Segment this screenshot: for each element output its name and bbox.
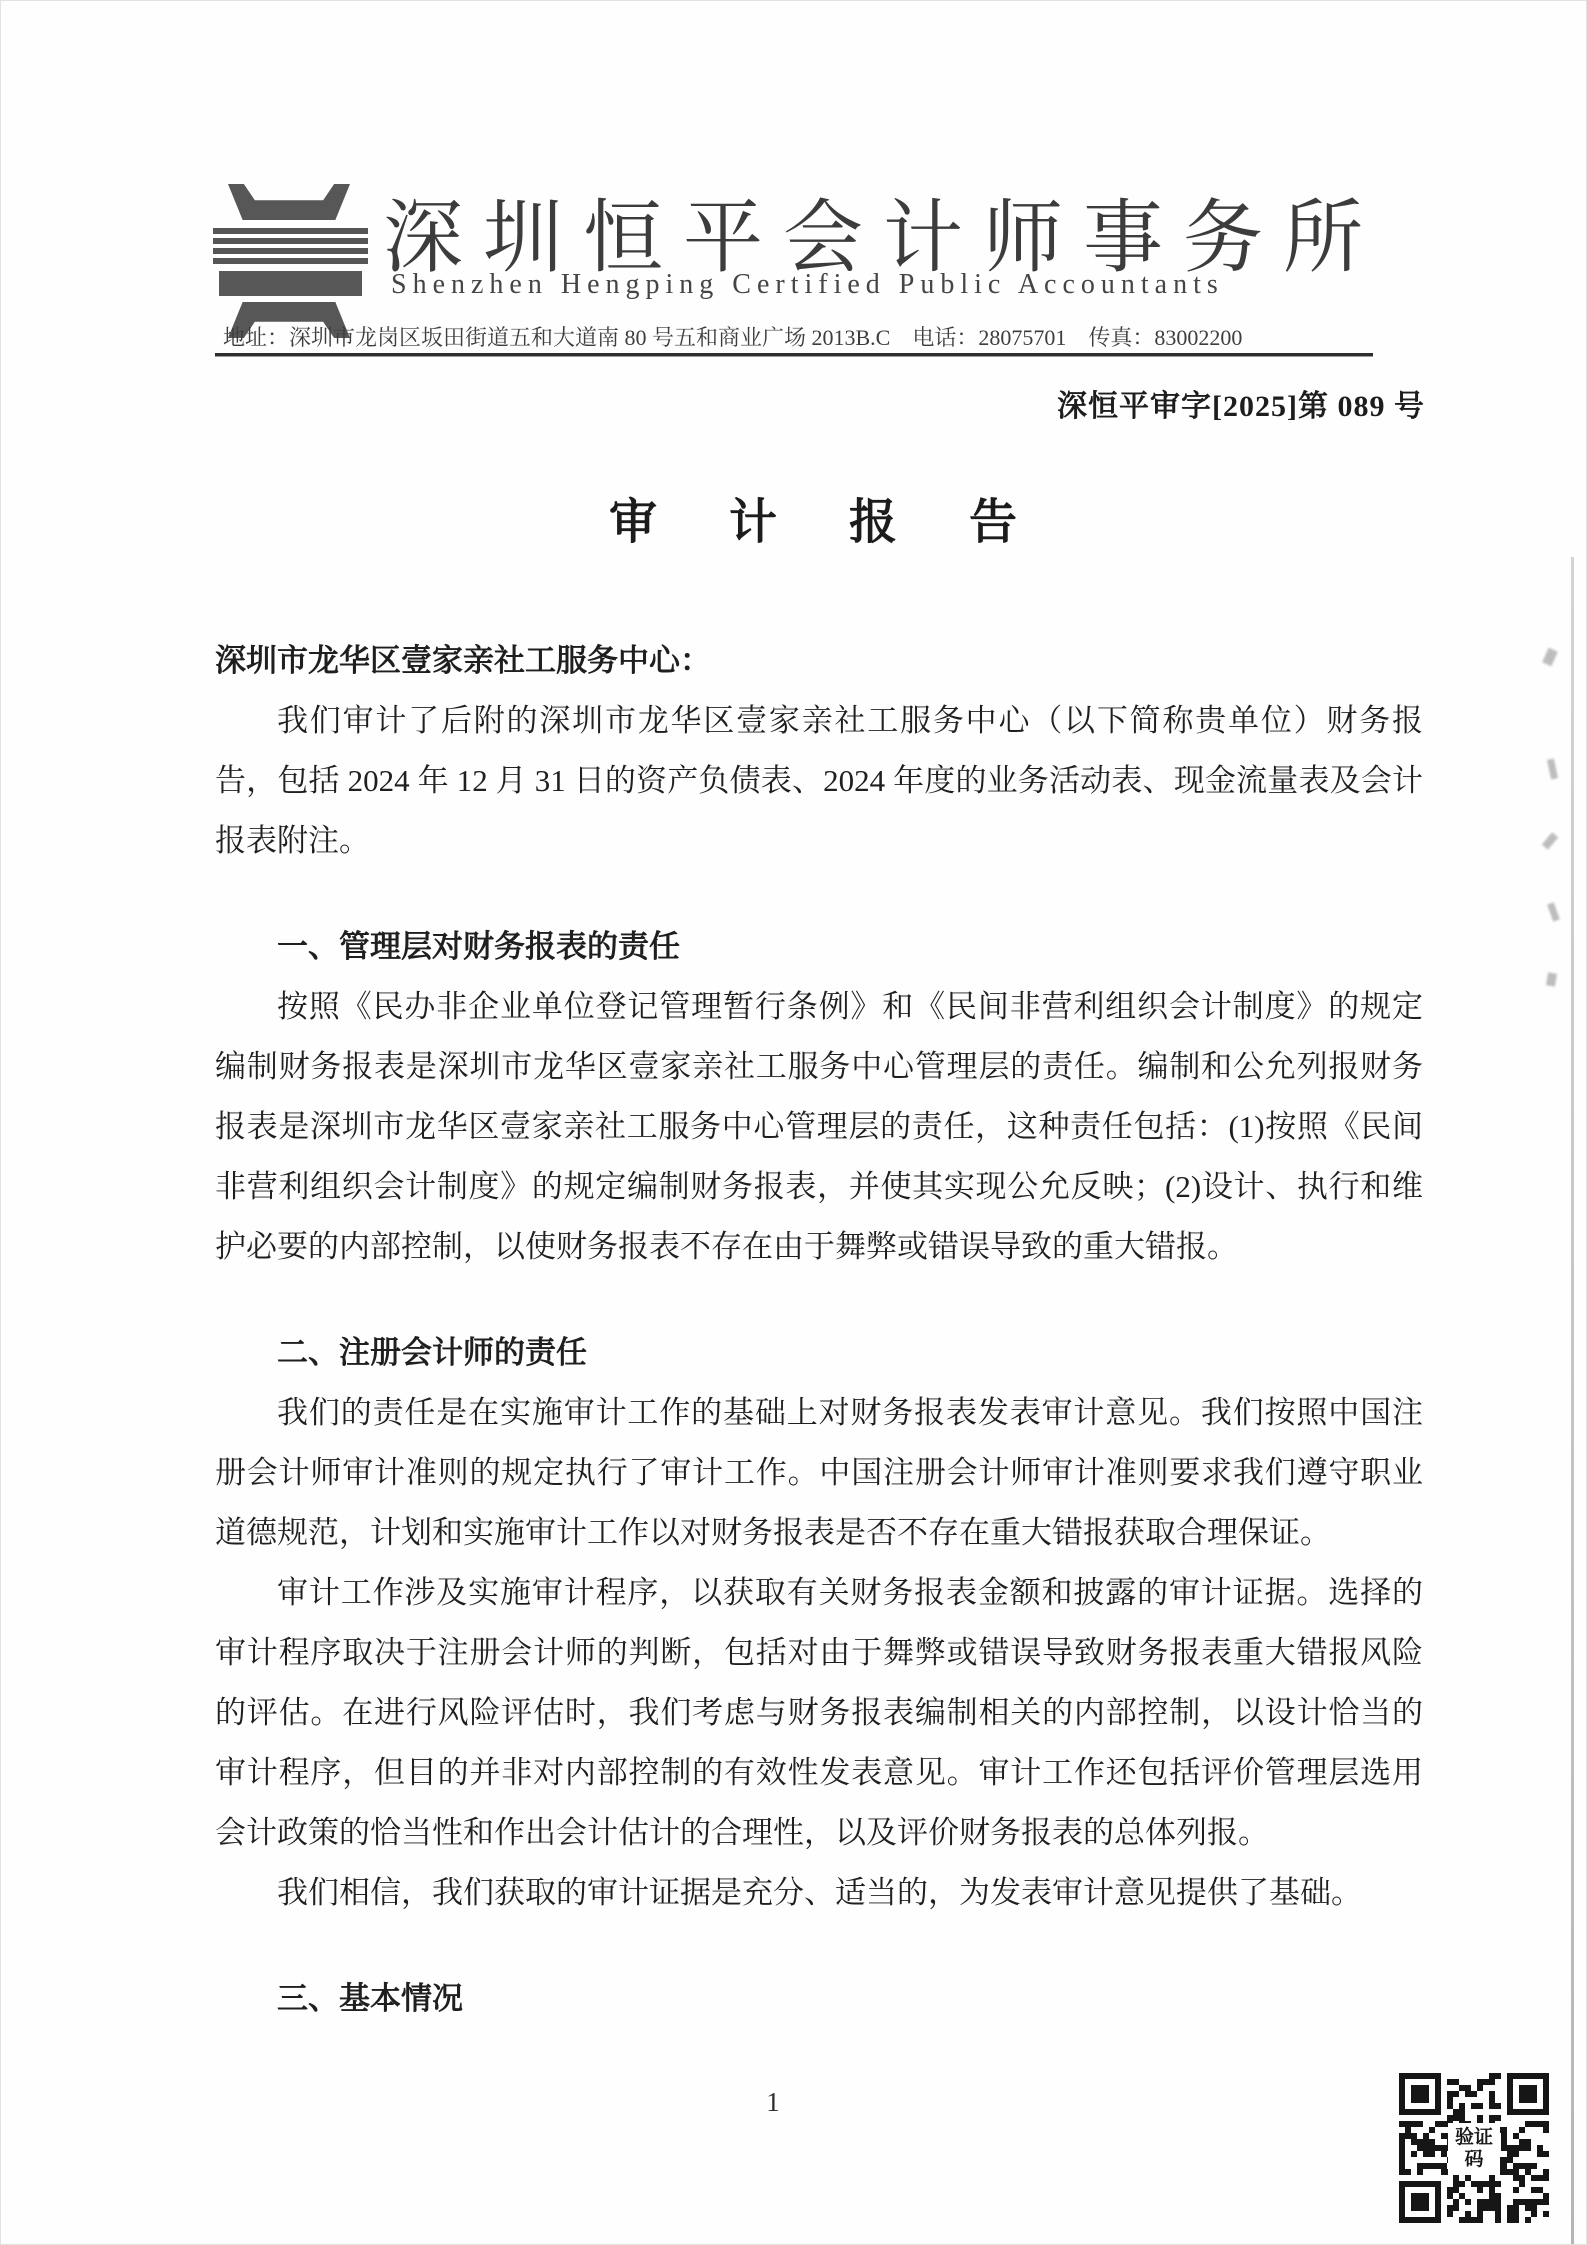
- firm-name-english: Shenzhen Hengping Certified Public Accou…: [391, 269, 1411, 301]
- letterhead-rule: [215, 353, 1373, 357]
- logo-stripes: [213, 228, 368, 264]
- scan-bleed-mark: [1542, 832, 1558, 849]
- scan-bleed-mark: [1546, 972, 1557, 986]
- section2-paragraph-3: 我们相信，我们获取的审计证据是充分、适当的，为发表审计意见提供了基础。: [215, 1863, 1423, 1923]
- addressee-line: 深圳市龙华区壹家亲社工服务中心：: [215, 631, 1423, 691]
- qr-code: 验证码: [1399, 2073, 1549, 2225]
- page-number: 1: [743, 2087, 803, 2118]
- audit-report-page: 深圳恒平会计师事务所 Shenzhen Hengping Certified P…: [0, 0, 1587, 2245]
- logo-bar: [219, 271, 362, 296]
- page-edge-shadow: [1571, 557, 1574, 2245]
- report-title: 审 计 报 告: [215, 483, 1423, 552]
- scan-bleed-mark: [1547, 758, 1558, 779]
- scan-bleed-mark: [1542, 648, 1558, 667]
- qr-center-label: 验证码: [1448, 2123, 1500, 2175]
- section1-heading: 一、管理层对财务报表的责任: [215, 917, 1423, 977]
- section1-paragraph: 按照《民办非企业单位登记管理暂行条例》和《民间非营利组织会计制度》的规定编制财务…: [215, 977, 1423, 1277]
- intro-paragraph: 我们审计了后附的深圳市龙华区壹家亲社工服务中心（以下简称贵单位）财务报告，包括 …: [215, 691, 1423, 871]
- section3-heading: 三、基本情况: [215, 1969, 1423, 2029]
- report-body: 深圳市龙华区壹家亲社工服务中心： 我们审计了后附的深圳市龙华区壹家亲社工服务中心…: [215, 631, 1423, 2029]
- section2-paragraph-2: 审计工作涉及实施审计程序，以获取有关财务报表金额和披露的审计证据。选择的审计程序…: [215, 1563, 1423, 1863]
- scan-bleed-mark: [1547, 902, 1560, 921]
- document-number: 深恒平审字[2025]第 089 号: [615, 381, 1425, 425]
- section2-heading: 二、注册会计师的责任: [215, 1323, 1423, 1383]
- address-line: 地址：深圳市龙岗区坂田街道五和大道南 80 号五和商业广场 2013B.C 电话…: [223, 321, 1383, 352]
- logo-top-cap: [228, 184, 350, 220]
- section2-paragraph-1: 我们的责任是在实施审计工作的基础上对财务报表发表审计意见。我们按照中国注册会计师…: [215, 1383, 1423, 1563]
- firm-logo-icon: [213, 184, 368, 338]
